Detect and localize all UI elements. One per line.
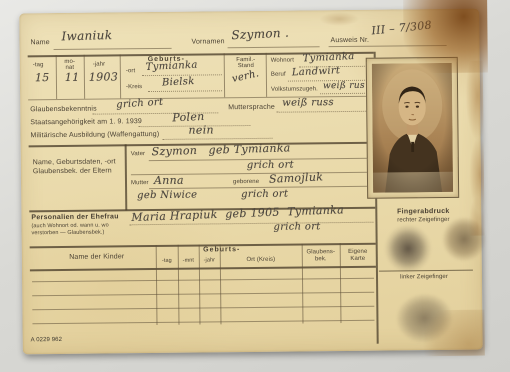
- ehefrau-label-3: verstorben — Glaubensbek.): [32, 231, 105, 238]
- children-row-line: [32, 278, 374, 283]
- children-row-line: [32, 320, 374, 325]
- vater-label: Vater: [131, 151, 145, 158]
- kinder-jahr-heading: -jahr: [199, 258, 220, 264]
- birth-monat-value: 11: [65, 71, 80, 84]
- ausweis-value: III – 7/308: [371, 18, 433, 37]
- staat-label: Staatsangehörigkeit am 1. 9. 1939: [30, 118, 142, 127]
- mutter-birth-value: geb Niwice: [137, 190, 197, 202]
- ausweis-label: Ausweis Nr.: [330, 37, 369, 45]
- birth-jahr-value: 1903: [89, 70, 118, 83]
- ausweis-underline: [329, 45, 447, 47]
- beruf-value: Landwirt: [292, 65, 341, 78]
- kinder-ort-heading: Ort (Kreis): [222, 256, 300, 263]
- birth-kreis-line: [148, 90, 222, 92]
- children-header-bottom: [30, 266, 376, 272]
- muttersprache-value: weiß russ: [282, 97, 334, 109]
- registration-card: Name Iwaniuk Vornamen Szymon . Ausweis N…: [19, 9, 483, 355]
- kinder-geburts-heading: Geburts-: [182, 246, 262, 254]
- eltern-col-line: [125, 144, 128, 210]
- volkstum-value: weiß rus: [323, 81, 365, 91]
- kinder-name-heading: Name der Kinder: [42, 253, 152, 262]
- birth-ort-value: Tymianka: [146, 60, 198, 73]
- mutter-rel-value: grich ort: [241, 189, 288, 200]
- militaer-value: nein: [188, 123, 214, 136]
- mutter-label: Mutter: [131, 180, 149, 187]
- birth-col-line: [84, 55, 85, 99]
- birth-col-line: [224, 53, 225, 97]
- portrait-photo: [366, 57, 459, 199]
- glauben-label: Glaubensbekenntnis: [30, 106, 97, 114]
- kinder-mnt-heading: -mnt: [178, 259, 199, 265]
- wohnort-value: Tymianka: [302, 51, 354, 64]
- famstand-value: verh.: [231, 68, 260, 85]
- stain-top-spot: [319, 12, 359, 26]
- glauben-value: grich ort: [116, 97, 164, 111]
- kinder-col-line: [156, 245, 158, 325]
- name-value: Iwaniuk: [61, 28, 112, 43]
- vater-rel-value: grich ort: [247, 160, 294, 171]
- kinder-karte-heading-2: Karte: [341, 256, 375, 263]
- vater-value: Szymon geb Tymianka: [152, 141, 291, 158]
- name-underline: [54, 48, 172, 50]
- geborene-label: geborene: [233, 179, 259, 186]
- volkstum-label: Volkstumszugeh.: [271, 86, 318, 93]
- birth-ort-label: -ort: [126, 68, 135, 75]
- portrait-photo-image: [372, 63, 453, 193]
- children-row-line: [32, 306, 374, 311]
- birth-tag-label: -tag: [33, 62, 44, 69]
- children-row-line: [32, 292, 374, 297]
- birth-jahr-label: -jahr: [93, 62, 106, 69]
- birth-col-line: [56, 55, 57, 99]
- form-serial-number: A 0229 962: [31, 337, 62, 344]
- militaer-line: [163, 138, 273, 140]
- vornamen-underline: [228, 46, 320, 48]
- fingerprint-left-smudge: [392, 290, 456, 347]
- wohnort-label: Wohnort: [271, 58, 294, 65]
- kinder-col-line: [178, 245, 180, 325]
- vornamen-value: Szymon .: [231, 26, 289, 43]
- kinder-glauben-heading-1: Glaubens-: [303, 249, 339, 256]
- fingerprint-left-label: linker Zeigefinger: [378, 274, 470, 281]
- famstand-label: Famil.- Stand: [228, 57, 264, 70]
- volkstum-line: [320, 93, 371, 95]
- kinder-col-line: [199, 245, 201, 325]
- staat-value: Polen: [172, 110, 205, 124]
- fingerprint-right-smudge: [381, 220, 441, 277]
- kinder-karte-heading-1: Eigene: [341, 249, 375, 256]
- fingerprint-title: Fingerabdruck: [377, 208, 469, 217]
- muttersprache-label: Muttersprache: [228, 104, 275, 112]
- muttersprache-line: [276, 111, 372, 113]
- ehefrau-label-1: Personalien der Ehefrau: [31, 213, 119, 221]
- scan-background: Name Iwaniuk Vornamen Szymon . Ausweis N…: [0, 0, 510, 372]
- birth-tag-value: 15: [35, 71, 50, 84]
- kinder-tag-heading: -tag: [156, 259, 178, 265]
- name-label: Name: [30, 39, 49, 47]
- eltern-label-2: Glaubensbek. der Eltern: [33, 167, 112, 175]
- geborene-value: Samojluk: [269, 170, 324, 185]
- fingerprint-divider: [379, 270, 473, 272]
- mutter-value: Anna: [154, 174, 184, 187]
- eltern-label-1: Name, Geburtsdaten, -ort: [33, 158, 116, 166]
- birth-kreis-value: Bielsk: [162, 76, 195, 88]
- birth-kreis-label: -Kreis: [126, 84, 142, 91]
- beruf-label: Beruf: [271, 72, 286, 79]
- militaer-label: Militärische Ausbildung (Waffengattung): [30, 131, 159, 140]
- birth-col-line: [120, 54, 121, 98]
- kinder-glauben-heading-2: bek.: [303, 256, 339, 263]
- vornamen-label: Vornamen: [192, 38, 225, 46]
- birth-col-line: [266, 53, 267, 97]
